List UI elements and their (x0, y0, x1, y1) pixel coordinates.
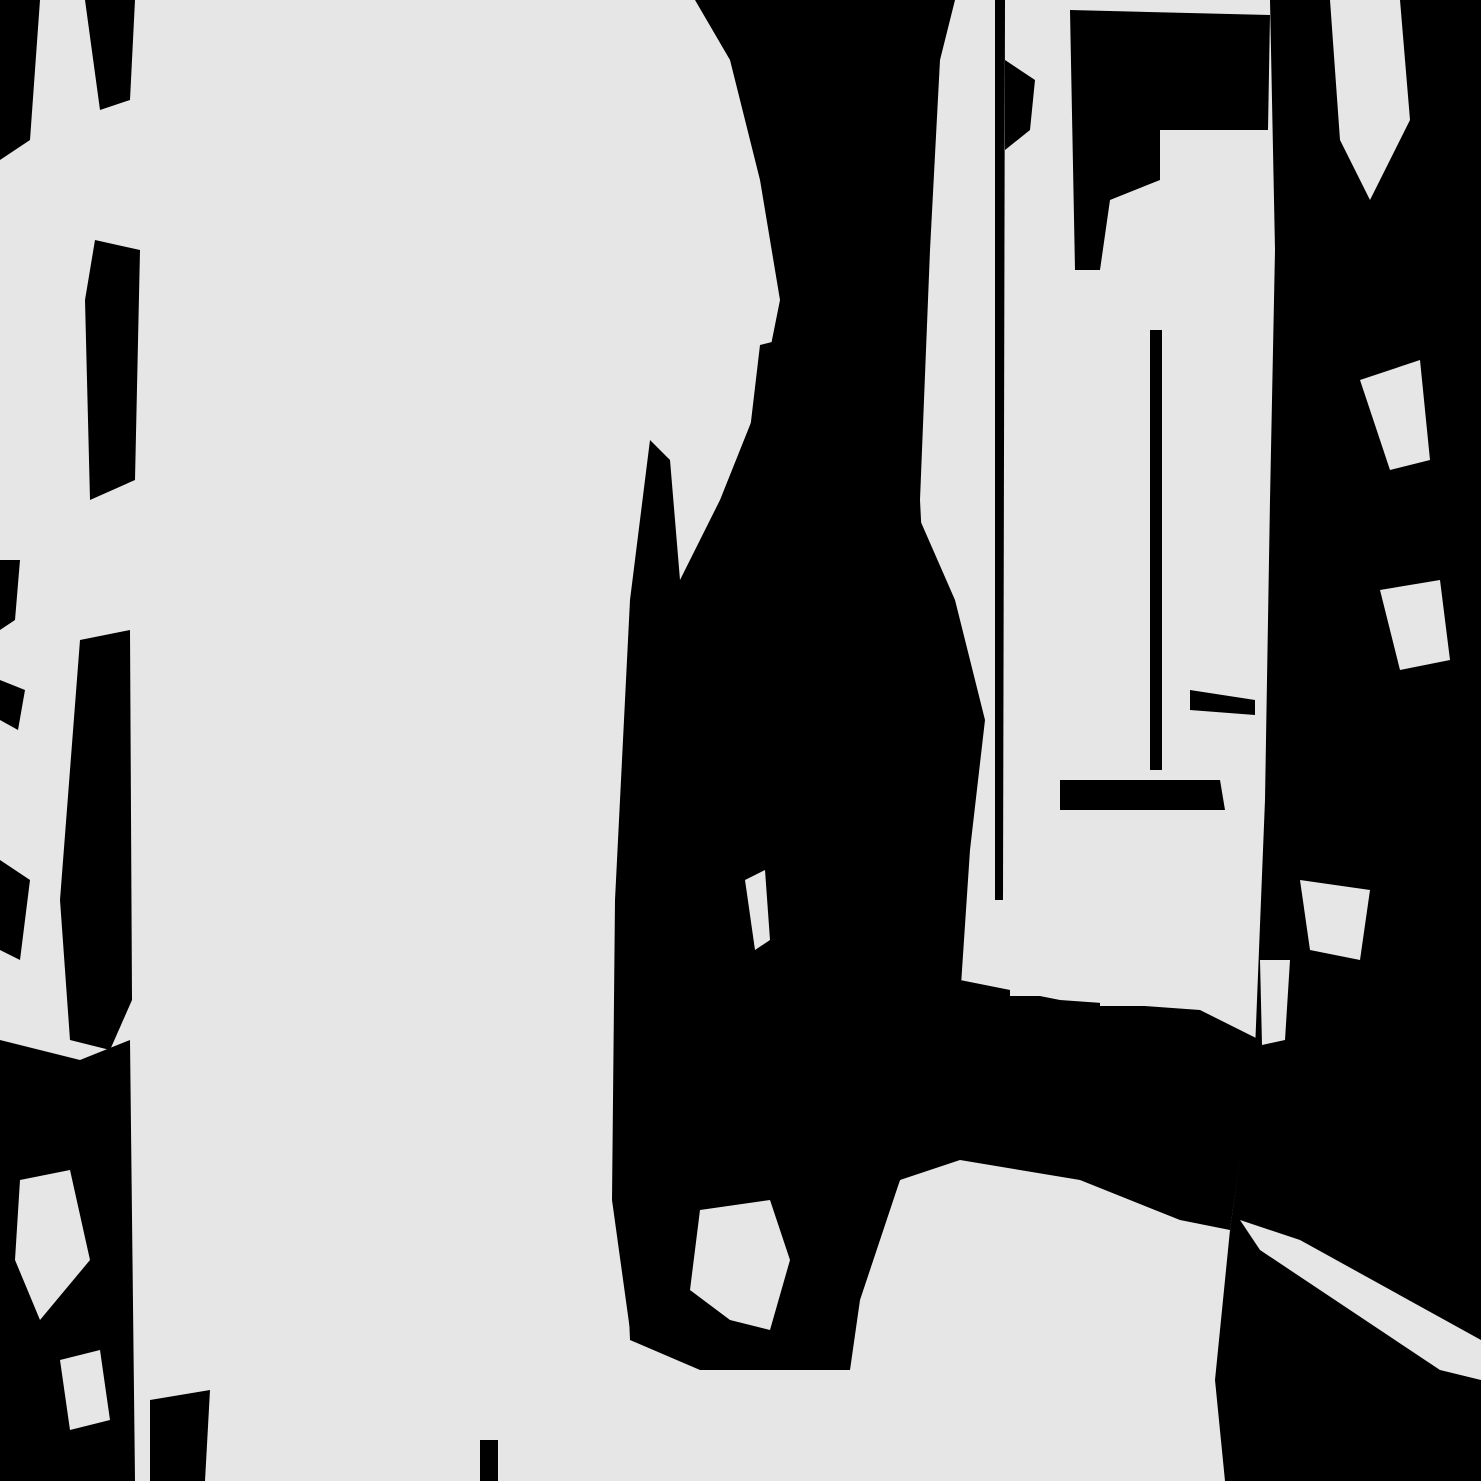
right-wall (1215, 0, 1481, 1481)
photo-scene (0, 0, 1481, 1481)
corridor (995, 0, 1270, 900)
left-wall-texture (0, 0, 210, 1481)
photo-canvas (0, 0, 1481, 1481)
cobble-shadow (900, 980, 1260, 1230)
lamp-post (1150, 330, 1162, 770)
bottom-post (480, 1440, 498, 1481)
